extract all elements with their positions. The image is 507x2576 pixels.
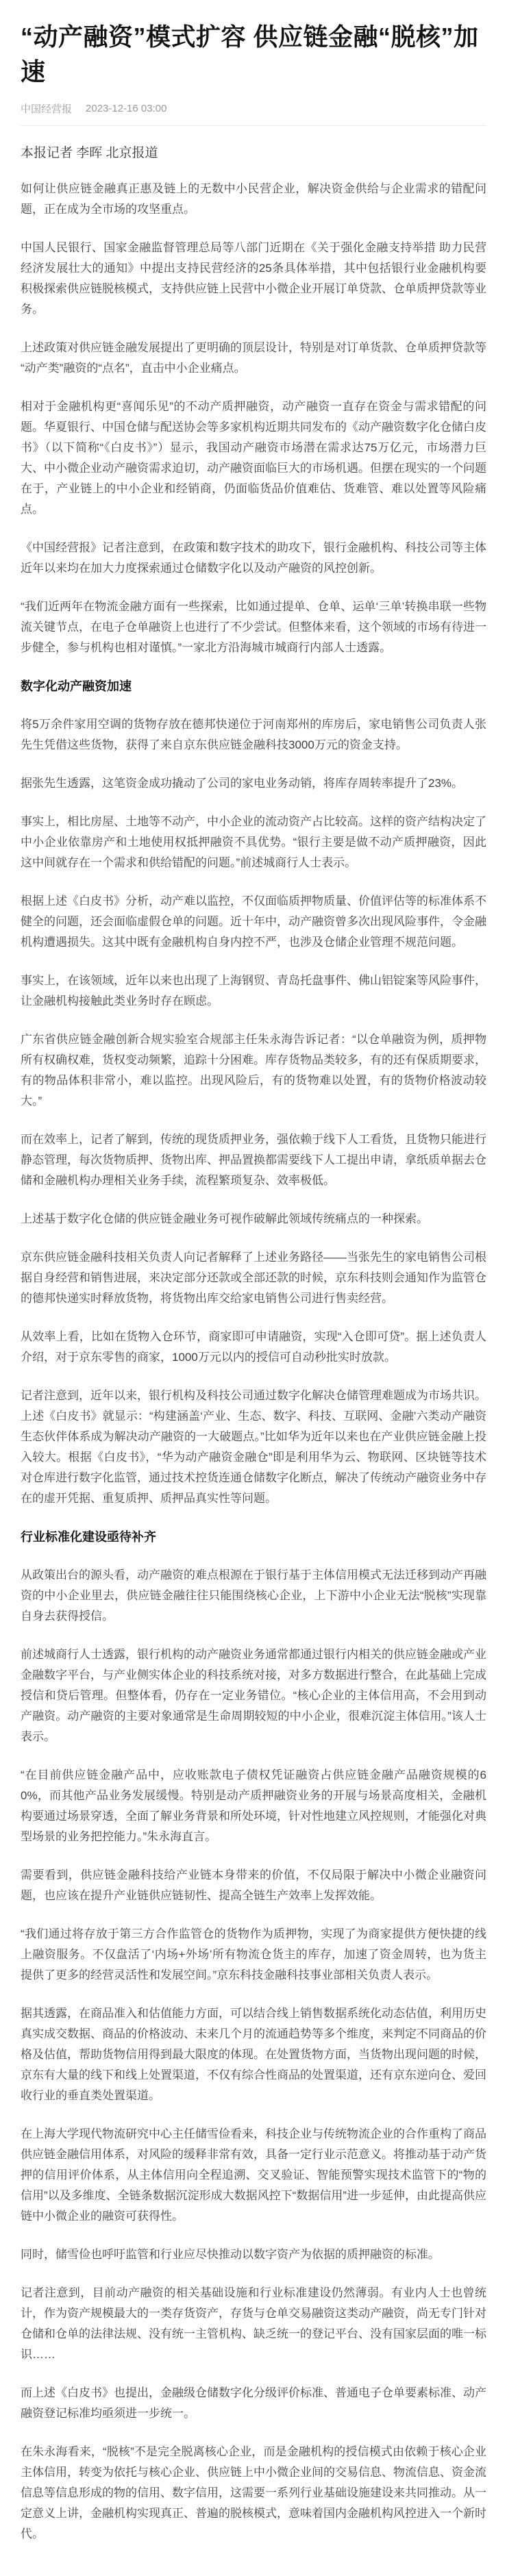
- source-name-link[interactable]: 中国经营报: [21, 101, 72, 116]
- article-paragraph: 如何让供应链金融真正惠及链上的无数中小民营企业，解决资金供给与企业需求的错配问题…: [21, 179, 486, 220]
- article-paragraph: 在上海大学现代物流研究中心主任储雪俭看来，科技企业与传统物流企业的合作重构了商品…: [21, 2124, 486, 2227]
- article-paragraph: 广东省供应链金融创新合规实验室合规部主任朱永海告诉记者：“以仓单融资为例，质押物…: [21, 1029, 486, 1112]
- header-divider: [21, 125, 486, 126]
- article-paragraph: 事实上，在该领域，近年以来也出现了上海钢贸、青岛托盘事件、佛山铝锭案等风险事件，…: [21, 971, 486, 1012]
- article-paragraph: 《中国经营报》记者注意到，在政策和数字技术的助攻下，银行金融机构、科技公司等主体…: [21, 538, 486, 579]
- article-paragraph: 上述基于数字化仓储的供应链金融业务可视作破解此领域传统痛点的一种探索。: [21, 1209, 486, 1229]
- article-title: “动产融资”模式扩容 供应链金融“脱核”加速: [21, 19, 486, 89]
- article-paragraph: “我们通过将存放于第三方合作监管仓的货物作为质押物，实现了为商家提供方便快捷的线…: [21, 1924, 486, 1986]
- article-page: “动产融资”模式扩容 供应链金融“脱核”加速 中国经营报 2023-12-16 …: [0, 0, 507, 2576]
- article-paragraph: 需要看到，供应链金融科技给产业链本身带来的价值，不仅局限于解决中小微企业融资问题…: [21, 1865, 486, 1906]
- article-paragraph: 记者注意到，近年以来，银行机构及科技公司通过数字化解决仓储管理难题成为市场共识。…: [21, 1386, 486, 1509]
- article-paragraph: 事实上，相比房屋、土地等不动产，中小企业的流动资产占比较高。这样的资产结构决定了…: [21, 812, 486, 873]
- article-paragraph: 从政策出台的源头看，动产融资的难点根源在于银行基于主体信用模式无法迁移到动产再融…: [21, 1565, 486, 1627]
- article-paragraph: 将5万余件家用空调的货物存放在德邦快递位于河南郑州的库房后，家电销售公司负责人张…: [21, 714, 486, 755]
- article-paragraph: 而上述《白皮书》也提出，金融级仓储数字化分级评价标准、普通电子仓单要素标准、动产…: [21, 2383, 486, 2424]
- article-meta: 中国经营报 2023-12-16 03:00: [21, 101, 486, 116]
- article-paragraph: 相对于金融机构更“喜闻乐见”的不动产质押融资，动产融资一直存在资金与需求错配的问…: [21, 397, 486, 520]
- article-paragraph: 京东供应链金融科技相关负责人向记者解释了上述业务路径——当张先生的家电销售公司根…: [21, 1247, 486, 1309]
- article-paragraph: 据张先生透露，这笔资金成功撬动了公司的家电业务动销，将库存周转率提升了23%。: [21, 773, 486, 794]
- article-paragraph: 记者注意到，目前动产融资的相关基础设施和行业标准建设仍然薄弱。有业内人士也曾统计…: [21, 2283, 486, 2365]
- article-paragraph: 中国人民银行、国家金融监督管理总局等八部门近期在《关于强化金融支持举措 助力民营…: [21, 238, 486, 320]
- article-paragraph: 而在效率上，记者了解到，传统的现货质押业务，强依赖于线下人工看货，且货物只能进行…: [21, 1129, 486, 1191]
- article-paragraph: 在朱永海看来，“脱核”不是完全脱离核心企业，而是金融机构的授信模式由依赖于核心企…: [21, 2442, 486, 2544]
- article-paragraph: 据其透露，在商品准入和估值能力方面，可以结合线上销售数据系统化动态估值，利用历史…: [21, 2003, 486, 2106]
- article-paragraph: 根据上述《白皮书》分析，动产难以监控，不仅面临质押物质量、价值评估等的标准体系不…: [21, 891, 486, 953]
- article-paragraph: 上述政策对供应链金融发展提出了更明确的顶层设计，特别是对订单货款、仓单质押贷款等…: [21, 338, 486, 379]
- article-paragraph: “我们近两年在物流金融方面有一些探索，比如通过提单、仓单、运单‘三单’转换串联一…: [21, 597, 486, 658]
- byline: 本报记者 李晖 北京报道: [21, 142, 486, 161]
- article-paragraph: 从效率上看，比如在货物入仓环节，商家即可申请融资，实现“入仓即可贷”。据上述负责…: [21, 1327, 486, 1368]
- publish-datetime: 2023-12-16 03:00: [86, 103, 166, 114]
- article-paragraph: 前述城商行人士透露，银行机构的动产融资业务通常都通过银行内相关的供应链金融或产业…: [21, 1645, 486, 1747]
- article-body: 如何让供应链金融真正惠及链上的无数中小民营企业，解决资金供给与企业需求的错配问题…: [21, 179, 486, 2544]
- section-heading: 数字化动产融资加速: [21, 676, 486, 697]
- article-paragraph: 同时，储雪俭也呼吁监管和行业应尽快推动以数字资产为依据的质押融资的标准。: [21, 2244, 486, 2265]
- article-paragraph: “在目前供应链金融产品中，应收账款电子债权凭证融资占供应链金融产品融资规模的60…: [21, 1765, 486, 1847]
- section-heading: 行业标准化建设亟待补齐: [21, 1527, 486, 1547]
